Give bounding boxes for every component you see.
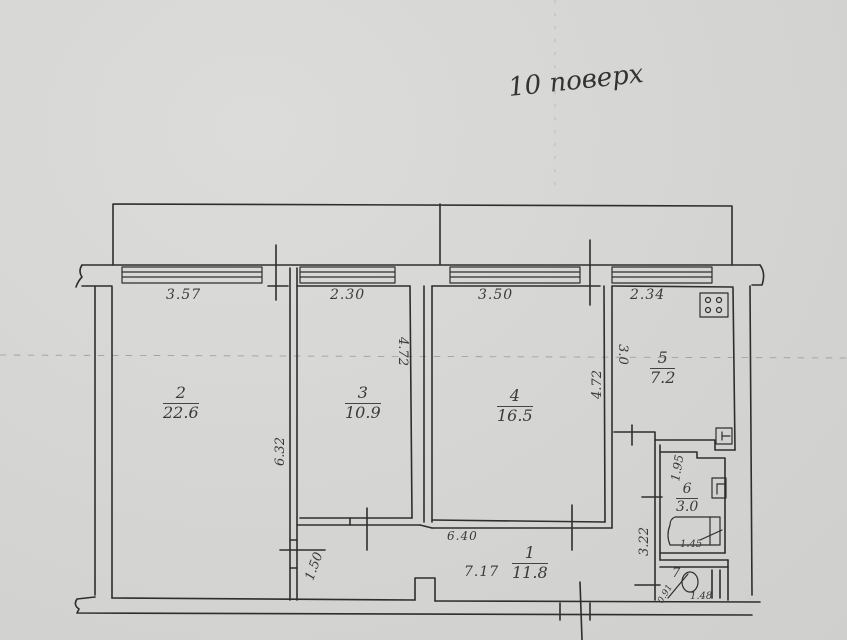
- room-number: 2: [163, 385, 199, 404]
- room-number: 5: [650, 350, 675, 369]
- right-wall: [733, 286, 752, 595]
- dim-room2-width: 3.57: [166, 288, 201, 302]
- room-area: 3.0: [676, 499, 698, 515]
- left-wall: [95, 287, 112, 598]
- room-number: 6: [676, 482, 698, 499]
- room-number: 1: [512, 545, 548, 564]
- room-area: 22.6: [163, 404, 199, 422]
- room-1-label: 1 11.8: [512, 545, 548, 582]
- dim-room5-depth: 3.0: [616, 344, 629, 365]
- top-wall: [76, 265, 764, 287]
- partition-3-4: [424, 286, 432, 522]
- dim-room2-depth: 6.32: [274, 437, 287, 466]
- dim-room3-width: 2.30: [330, 288, 365, 302]
- stove-icon: [700, 293, 728, 317]
- washbasin-icon: [712, 478, 726, 498]
- room-4-label: 4 16.5: [497, 388, 533, 425]
- room-3-label: 3 10.9: [345, 385, 381, 422]
- room-5-label: 5 7.2: [650, 350, 675, 387]
- floor-plan: [0, 0, 847, 640]
- dim-bath-corridor: 3.22: [638, 527, 651, 556]
- dim-corridor-length: 6.40: [447, 530, 478, 542]
- room-7-label: 7: [672, 567, 680, 581]
- toilet-walls: [635, 560, 728, 600]
- dim-bathtub: 1.45: [680, 540, 702, 550]
- room-area: 10.9: [345, 404, 381, 422]
- dim-room5-width: 2.34: [630, 288, 665, 302]
- dim-room4-depth: 4.72: [591, 370, 604, 399]
- balcony: [113, 204, 732, 265]
- dim-wc-width: 1.48: [690, 592, 712, 602]
- dim-corridor-full: 7.17: [464, 565, 499, 579]
- bottom-wall: [75, 578, 760, 640]
- room-number: 3: [345, 385, 381, 404]
- dim-room3-depth: 4.72: [396, 337, 409, 366]
- room-area: 7.2: [650, 369, 675, 387]
- room-number: 4: [497, 388, 533, 407]
- room-6-label: 6 3.0: [676, 482, 698, 514]
- room-area: 11.8: [512, 564, 548, 582]
- room-2-label: 2 22.6: [163, 385, 199, 422]
- sink-icon: [716, 428, 732, 444]
- dim-room4-width: 3.50: [478, 288, 513, 302]
- windows: [122, 267, 712, 283]
- room-area: 16.5: [497, 407, 533, 425]
- room-number: 7: [672, 566, 680, 581]
